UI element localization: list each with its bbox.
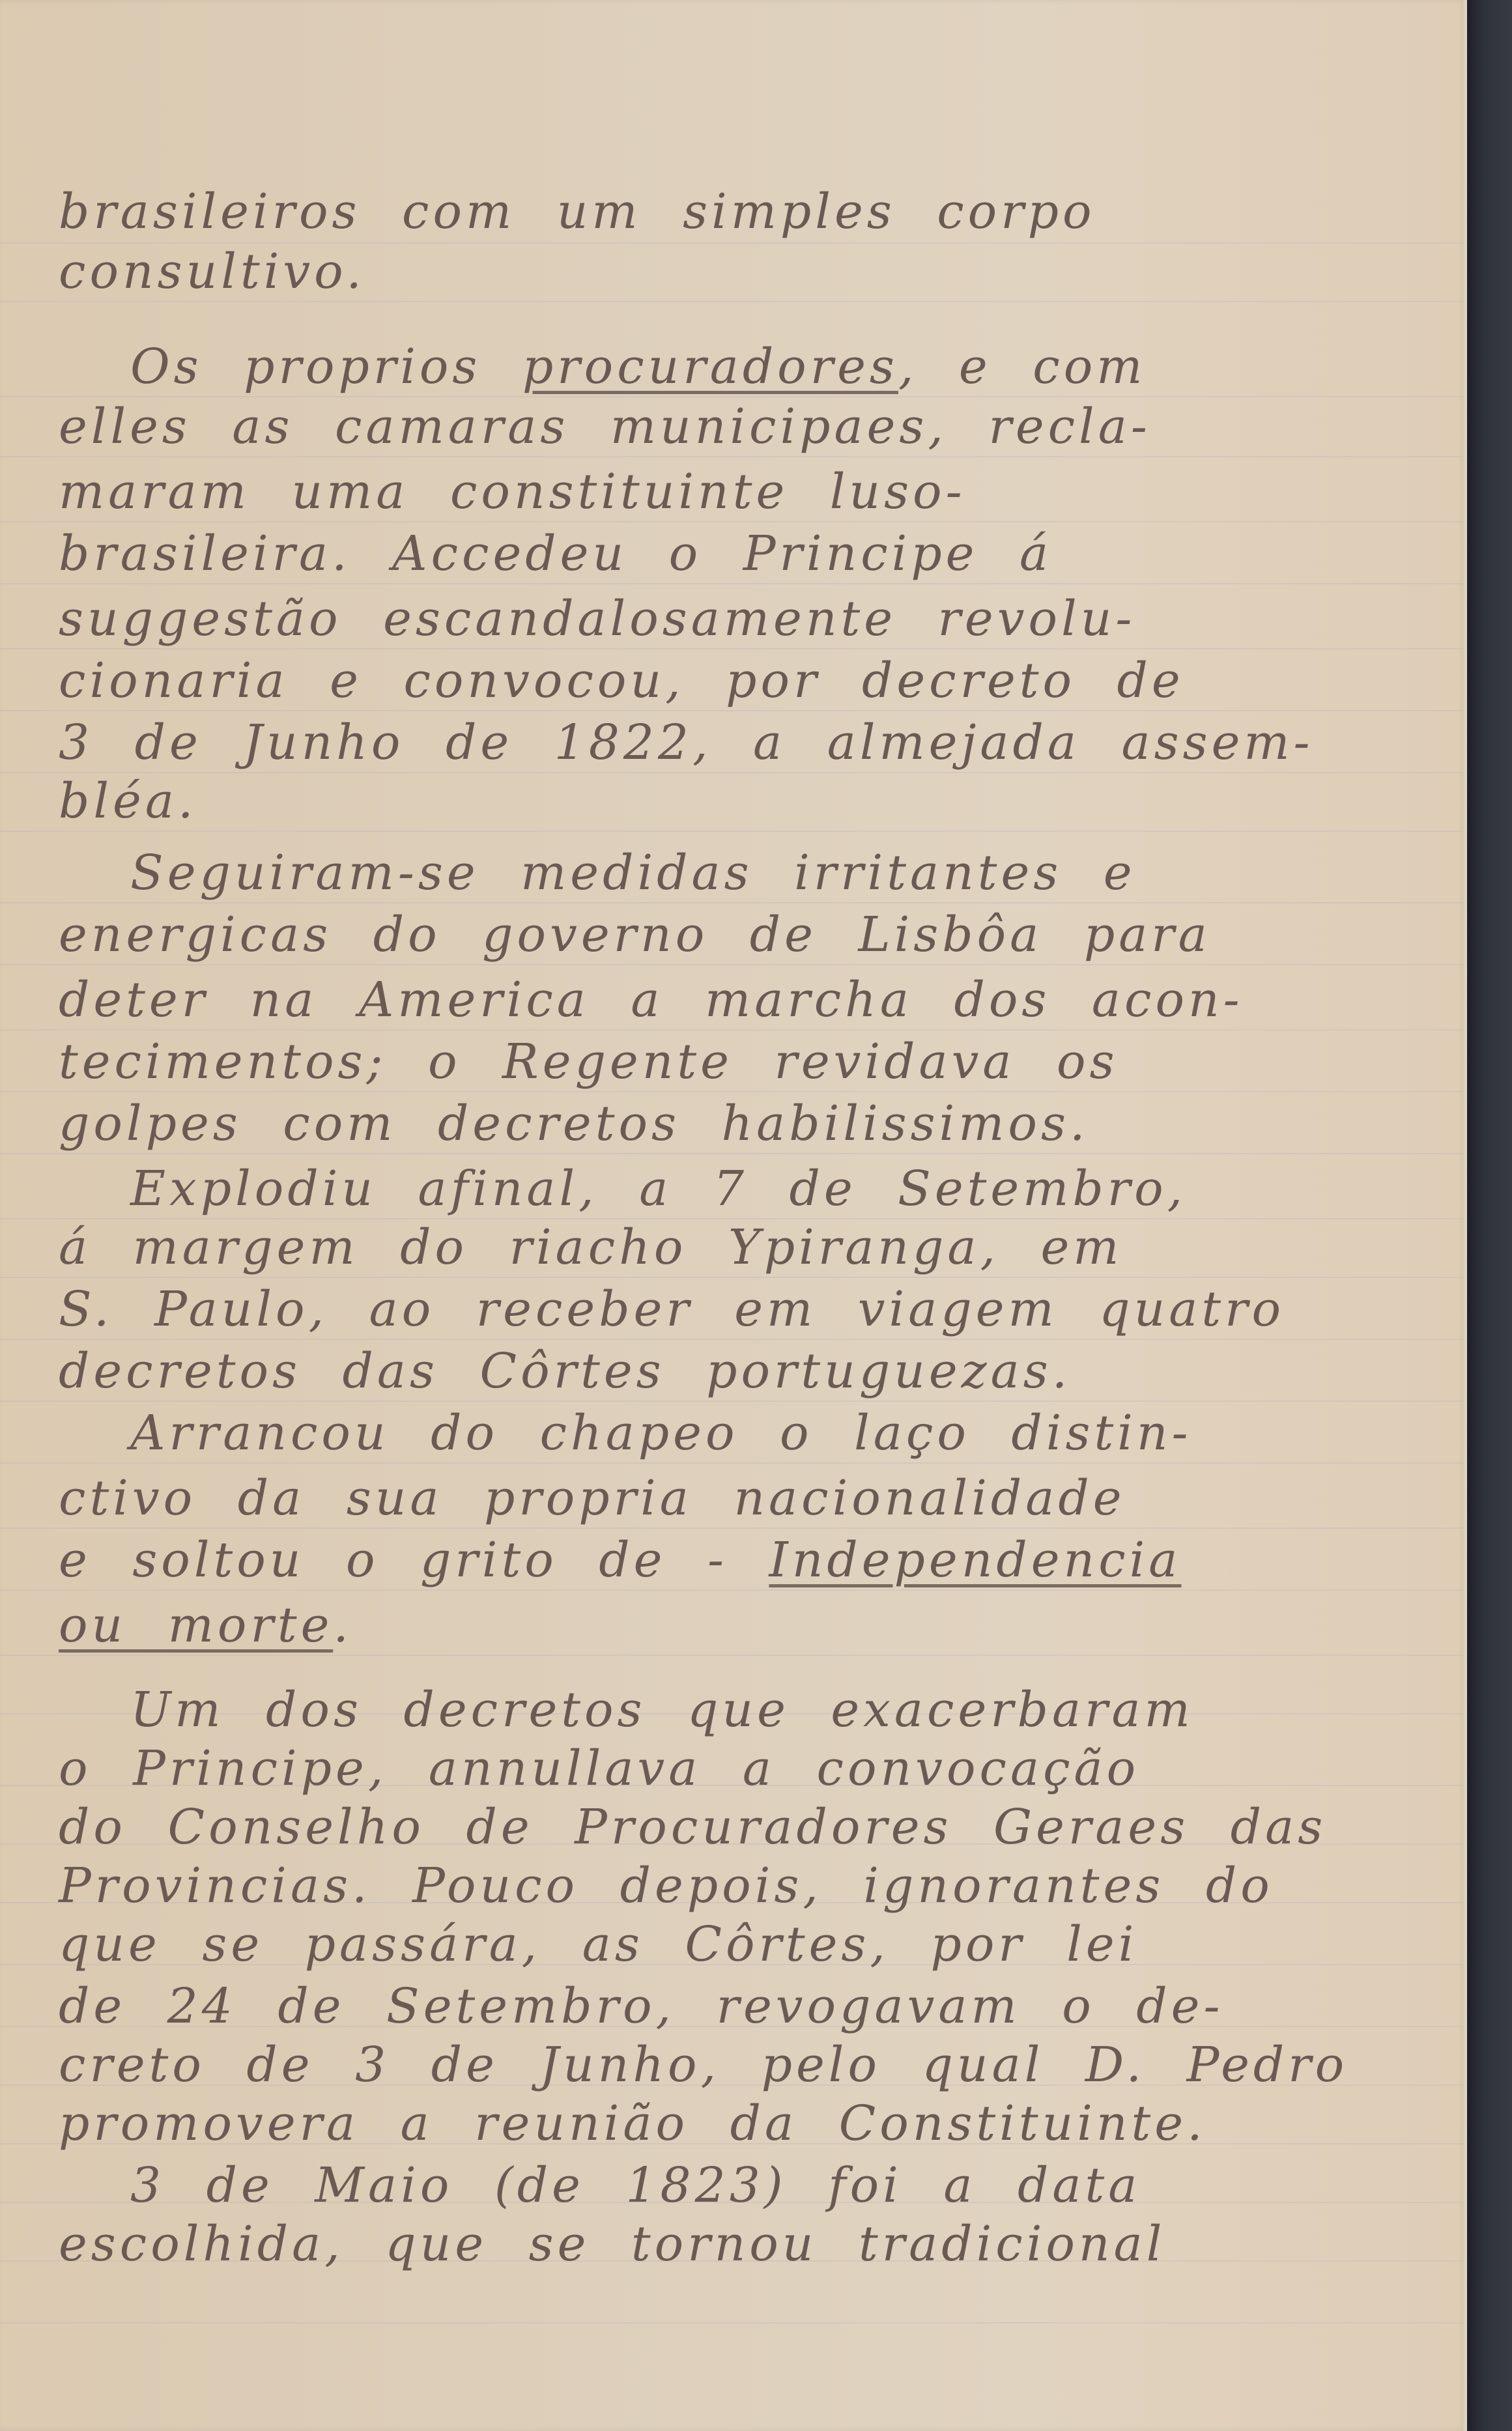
text-line: suggestão escandalosamente revolu-	[59, 590, 1440, 648]
ruled-line	[0, 710, 1467, 711]
text-line: ou morte.	[59, 1596, 1440, 1655]
text-line: golpes com decretos habilissimos.	[59, 1094, 1440, 1153]
text-line: bléa.	[59, 772, 1440, 831]
underlined-word: ou morte	[59, 1597, 333, 1653]
ruled-line	[0, 1589, 1467, 1591]
ruled-line	[0, 1339, 1467, 1340]
ruled-line	[0, 648, 1467, 649]
ruled-line	[0, 456, 1467, 457]
text-line: de 24 de Setembro, revogavam o de-	[59, 1977, 1440, 2036]
text-line: Um dos decretos que exacerbaram	[130, 1681, 1511, 1739]
text-fragment: Os proprios	[130, 339, 522, 395]
ruled-line	[0, 301, 1467, 302]
text-line: do Conselho de Procuradores Geraes das	[59, 1798, 1440, 1856]
text-line: á margem do riacho Ypiranga, em	[59, 1218, 1440, 1277]
ruled-line	[0, 831, 1467, 832]
text-line: energicas do governo de Lisbôa para	[59, 905, 1440, 964]
ruled-line	[0, 1528, 1467, 1529]
book-binding-edge	[1467, 0, 1512, 2431]
ruled-line	[0, 1400, 1467, 1402]
text-line: decretos das Côrtes portuguezas.	[59, 1342, 1440, 1400]
text-line: creto de 3 de Junho, pelo qual D. Pedro	[59, 2036, 1440, 2094]
ruled-line	[0, 583, 1467, 584]
text-line: que se passára, as Côrtes, por lei	[59, 1915, 1440, 1974]
ruled-line	[0, 1091, 1467, 1092]
ruled-line	[0, 1655, 1467, 1656]
underlined-word: Independencia	[769, 1532, 1182, 1588]
text-line: cionaria e convocou, por decreto de	[59, 651, 1440, 710]
text-line: 3 de Maio (de 1823) foi a data	[130, 2156, 1511, 2215]
ruled-line	[0, 1029, 1467, 1031]
text-line: promovera a reunião da Constituinte.	[59, 2094, 1440, 2153]
text-line: Provincias. Pouco depois, ignorantes do	[59, 1856, 1440, 1915]
manuscript-page: brasileiros com um simples corpo consult…	[0, 0, 1467, 2431]
text-line: Explodiu afinal, a 7 de Setembro,	[130, 1159, 1511, 1218]
text-line: elles as camaras municipaes, recla-	[59, 397, 1440, 456]
ruled-line	[0, 1277, 1467, 1278]
text-line: brasileira. Accedeu o Principe á	[59, 524, 1440, 583]
text-line: consultivo.	[59, 242, 1440, 301]
text-line: o Principe, annullava a convocação	[59, 1739, 1440, 1798]
text-line: tecimentos; o Regente revidava os	[59, 1032, 1440, 1091]
text-line: brasileiros com um simples corpo	[59, 182, 1440, 241]
text-line: S. Paulo, ao receber em viagem quatro	[59, 1280, 1440, 1339]
text-line: Os proprios procuradores, e com	[130, 337, 1511, 396]
ruled-line	[0, 521, 1467, 522]
text-line: 3 de Junho de 1822, a almejada assem-	[59, 713, 1440, 772]
ruled-line	[0, 902, 1467, 903]
text-line: Seguiram-se medidas irritantes e	[130, 844, 1511, 902]
ruled-line	[0, 2322, 1467, 2324]
text-line: e soltou o grito de - Independencia	[59, 1531, 1440, 1589]
text-line: Arrancou do chapeo o laço distin-	[130, 1404, 1511, 1462]
ruled-line	[0, 1462, 1467, 1464]
text-line: ctivo da sua propria nacionalidade	[59, 1469, 1440, 1528]
underlined-word: procuradores	[522, 339, 898, 395]
ruled-line	[0, 1153, 1467, 1154]
text-line: deter na America a marcha dos acon-	[59, 971, 1440, 1029]
text-line: escolhida, que se tornou tradicional	[59, 2215, 1440, 2273]
ruled-line	[0, 964, 1467, 965]
text-line: maram uma constituinte luso-	[59, 462, 1440, 521]
